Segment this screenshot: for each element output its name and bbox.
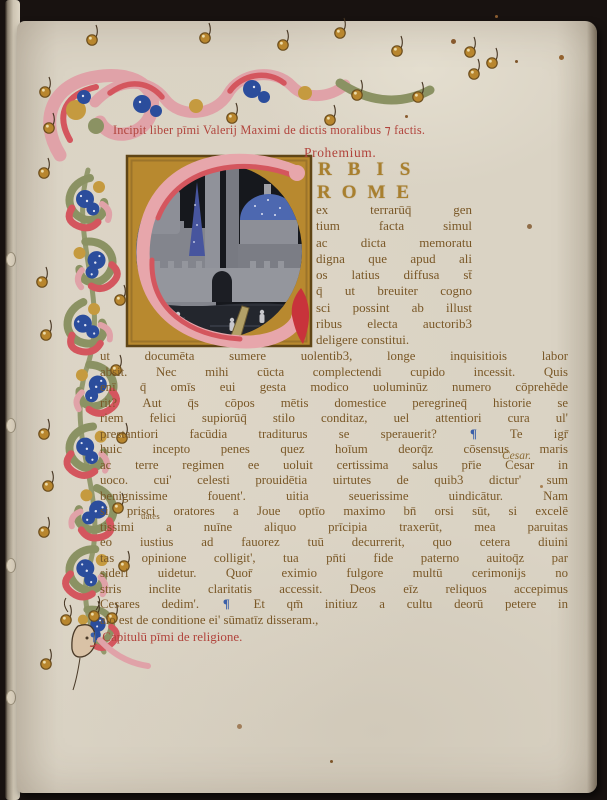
text-line: ac terre regimen ee uoluit certissima sa…: [100, 458, 568, 474]
text-line: ribus electa auctorib3: [316, 316, 472, 332]
paragraph-mark: ¶: [221, 597, 232, 611]
binding-thread: [6, 418, 16, 433]
manuscript-photo: Incipit liber pīmi Valerij Maximi de dic…: [0, 0, 607, 800]
text-line: ¶ Capitulū pīmi de religione.: [88, 629, 348, 645]
text-line: Cesares dedim'. ¶ Et qm̄ initiuz a cultu…: [100, 597, 568, 613]
text-line: tium facta simul: [316, 218, 472, 234]
text-line: ac dicta memoratu: [316, 235, 472, 251]
text-line: digna que apud ali: [316, 251, 472, 267]
text-line: si prisci oratores a Joue optīo maximo b…: [100, 504, 568, 520]
text-line: os latius diffusa st̄: [316, 267, 472, 283]
incipit-rubric: Incipit liber pīmi Valerij Maximi de dic…: [113, 123, 425, 138]
text-line: prestantiori facūdia traditurus se spera…: [100, 427, 568, 443]
text-line: benignissime fouent'. uitia seuerissime …: [100, 489, 568, 505]
binding-thread: [6, 690, 16, 705]
text-line: stris inclite claritatis accessit. Deos …: [100, 582, 568, 598]
text-line: huic incepto penes quez hoīum deorq̄z cō…: [100, 442, 568, 458]
text-line: eo iustius ad fauorez tuū decurrerit, qu…: [100, 535, 568, 551]
binding-thread: [6, 252, 16, 267]
text-line: tas opinione colligit', tua pn̄ti fide p…: [100, 551, 568, 567]
text-line: sideri uidetur. Quor̄ eximio fulgore mul…: [100, 566, 568, 582]
text-line: ut documēta sumere uolentib3, longe inqu…: [100, 349, 568, 365]
text-line: uoco. cui' celesti prouidētia uirtutes d…: [100, 473, 568, 489]
text-line: tissimi a nuīne aliquo prīcipia traxerūt…: [100, 520, 568, 536]
binding-thread: [6, 558, 16, 573]
text-line: enī q̄ omīs eui gesta modico uoluminūz n…: [100, 380, 568, 396]
paragraph-mark: ¶: [468, 427, 479, 441]
text-line: riem felici supiorūq̄ stilo conditaz, ue…: [100, 411, 568, 427]
interlinear-gloss: uates: [141, 511, 160, 521]
opening-text-column: ex terrarūq̄ gentium facta simulac dicta…: [316, 202, 472, 349]
text-line: sci possint ab illust: [316, 300, 472, 316]
chapter-rubric: ¶ Capitulū pīmi de religione.: [88, 629, 348, 645]
paragraph-mark: ¶: [88, 629, 99, 644]
main-text-block: ut documēta sumere uolentib3, longe inqu…: [100, 349, 568, 628]
text-line: q̄ ut breuiter cogno: [316, 283, 472, 299]
text-line: aīo est de conditione ei' sūmatīz disser…: [100, 613, 568, 629]
text-line: rit? Aut q̄s cōpos mētis domestice pereg…: [100, 396, 568, 412]
display-capitals-line1: RBIS: [318, 159, 426, 181]
text-line: absit. Nec mihi cūcta complectendi cupid…: [100, 365, 568, 381]
text-line: deligere constitui.: [316, 332, 472, 348]
display-capitals-line2: ROME: [317, 182, 420, 204]
text-line: ex terrarūq̄ gen: [316, 202, 472, 218]
margin-note-cesar: Cesar.: [502, 450, 531, 462]
